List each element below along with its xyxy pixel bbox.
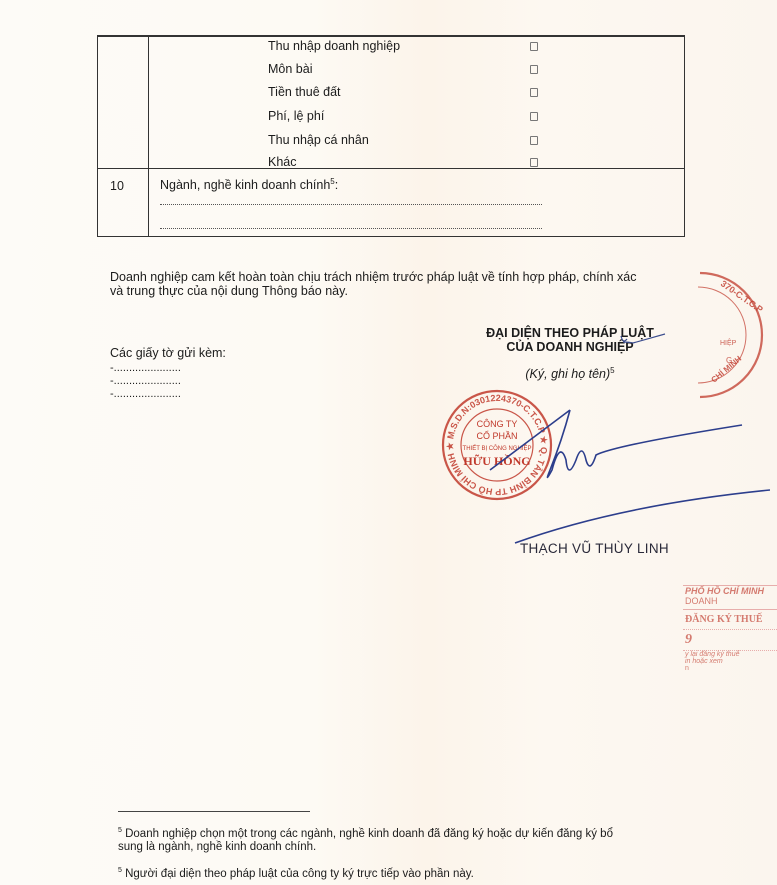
attachment-item[interactable]: -...................... xyxy=(110,362,181,375)
tax-type-label: Thu nhập cá nhân xyxy=(268,133,369,147)
signer-name: THẠCH VŨ THÙY LINH xyxy=(520,541,669,556)
stamp-line: DOANH xyxy=(683,596,777,606)
tax-type-label: Thu nhập doanh nghiệp xyxy=(268,39,400,53)
initials-mark-icon xyxy=(615,330,675,352)
tax-type-label: Phí, lệ phí xyxy=(268,109,324,123)
stamp-small-text: y lại đăng ký thuế xyxy=(683,651,777,658)
signature-instruction: (Ký, ghi họ tên)5 xyxy=(470,364,670,381)
commitment-line: và trung thực của nội dung Thông báo này… xyxy=(110,284,636,298)
tax-type-label: Tiền thuê đất xyxy=(268,85,341,99)
footnote-separator xyxy=(118,811,310,812)
tax-type-checkbox[interactable] xyxy=(530,65,538,74)
footnote-text: sung là ngành, nghề kinh doanh chính. xyxy=(118,841,316,853)
attachment-item[interactable]: -...................... xyxy=(110,375,181,388)
attachments-list: -...................... -...............… xyxy=(110,362,181,401)
main-business-text: Ngành, nghề kinh doanh chính xyxy=(160,178,330,192)
main-business-label: Ngành, nghề kinh doanh chính5: xyxy=(160,177,338,192)
tax-registration-stamp: PHỐ HỒ CHÍ MINH DOANH ĐĂNG KÝ THUẾ 9 y l… xyxy=(683,585,777,694)
attachments-label: Các giấy tờ gửi kèm: xyxy=(110,346,226,360)
footnote-text: Doanh nghiệp chọn một trong các ngành, n… xyxy=(125,828,613,840)
tax-type-checkbox[interactable] xyxy=(530,112,538,121)
tax-type-checkbox[interactable] xyxy=(530,42,538,51)
row-divider xyxy=(98,168,684,169)
tax-type-checkbox[interactable] xyxy=(530,158,538,167)
main-business-field-line-2[interactable] xyxy=(160,228,542,229)
stamp-line: ĐĂNG KÝ THUẾ xyxy=(683,609,777,629)
partial-seal-icon: 370-C.T.C.P HIỆP G CHÍ MINH xyxy=(690,265,777,405)
tax-type-checkbox[interactable] xyxy=(530,88,538,97)
attachment-item[interactable]: -...................... xyxy=(110,388,181,401)
instruction-text: (Ký, ghi họ tên) xyxy=(525,367,610,381)
svg-text:370-C.T.C.P: 370-C.T.C.P xyxy=(719,278,765,314)
tax-type-table: Thu nhập doanh nghiệp Môn bài Tiền thuê … xyxy=(97,35,685,237)
stamp-small-text: in hoặc xem xyxy=(683,658,777,665)
footnote: 5 Người đại diện theo pháp luật của công… xyxy=(118,864,718,881)
commitment-statement: Doanh nghiệp cam kết hoàn toàn chịu trác… xyxy=(110,270,636,298)
stamp-line: PHỐ HỒ CHÍ MINH xyxy=(683,586,777,596)
main-business-field-line-1[interactable] xyxy=(160,204,542,205)
footnote-text: Người đại diện theo pháp luật của công t… xyxy=(125,868,474,880)
stamp-mark: 9 xyxy=(683,629,777,651)
stamp-small-text: n xyxy=(683,665,777,672)
footnote-ref: 5 xyxy=(610,366,614,375)
tax-type-label: Khác xyxy=(268,155,297,169)
footnote-marker: 5 xyxy=(118,867,122,874)
signature-icon xyxy=(470,400,770,550)
svg-text:HIỆP: HIỆP xyxy=(720,338,737,347)
footnote-marker: 5 xyxy=(118,827,122,834)
tax-type-checkbox[interactable] xyxy=(530,136,538,145)
tax-type-label: Môn bài xyxy=(268,62,312,76)
column-divider xyxy=(148,37,149,236)
row-number: 10 xyxy=(110,179,124,193)
commitment-line: Doanh nghiệp cam kết hoàn toàn chịu trác… xyxy=(110,270,636,284)
colon: : xyxy=(335,178,338,192)
footnote: 5 Doanh nghiệp chọn một trong các ngành,… xyxy=(118,824,718,854)
